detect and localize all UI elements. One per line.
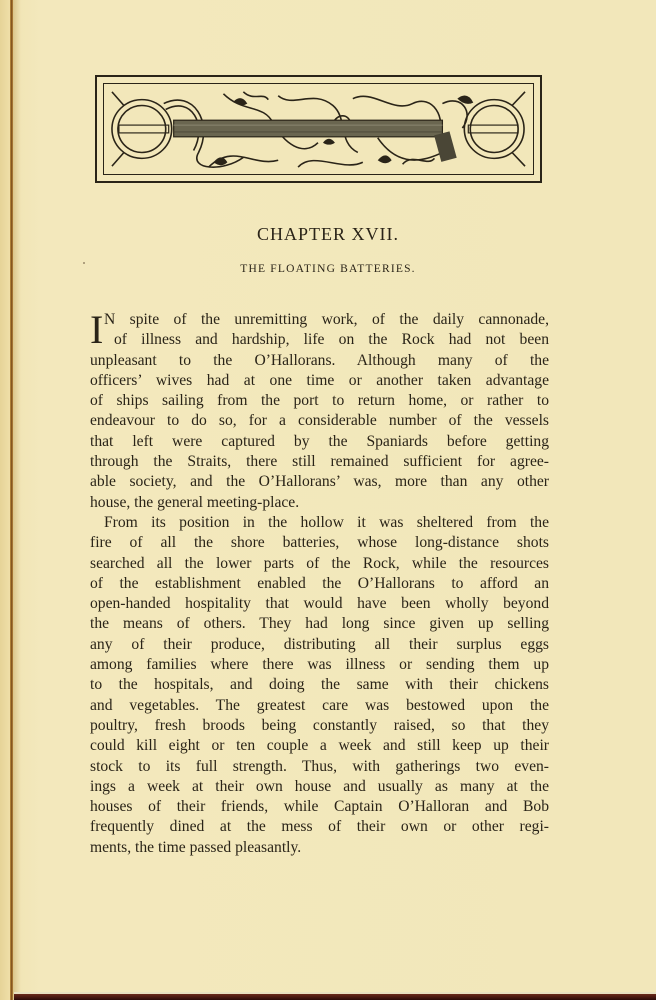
text-line: through the Straits, there still remaine… [90,452,549,472]
text-line: of illness and hardship, life on the Roc… [90,330,549,350]
text-line: among families where there was illness o… [90,655,549,675]
drop-cap: I [90,312,103,348]
text-line: frequently dined at the mess of their ow… [90,817,549,837]
text-line: stock to its full strength. Thus, with g… [90,757,549,777]
ornamental-vine-banner-icon [103,83,534,175]
text-line: houses of their friends, while Captain O… [90,797,549,817]
body-text: I N spite of the unremitting work, of th… [90,302,549,858]
text-line: house, the general meeting-place. [90,493,549,513]
text-line: ings a week at their own house and usual… [90,777,549,797]
text-line: open-handed hospitality that would have … [90,594,549,614]
text-line: unpleasant to the O’Hallorans. Although … [90,351,549,371]
page-bottom-edge [14,994,656,1000]
text-line-content: N spite of the unremitting work, of the … [104,311,549,328]
book-page: CHAPTER XVII. THE FLOATING BATTERIES. I … [0,0,656,1000]
text-line: to the hospitals, and doing the same wit… [90,675,549,695]
text-line: the means of others. They had long since… [90,614,549,634]
text-line: searched all the lower parts of the Rock… [90,554,549,574]
binding-margin [0,0,10,1000]
text-line: any of their produce, distributing all t… [90,635,549,655]
chapter-subtitle: THE FLOATING BATTERIES. [0,263,656,275]
text-line: that left were captured by the Spaniards… [90,432,549,452]
chapter-title: CHAPTER XVII. [0,224,656,245]
text-line: could kill eight or ten couple a week an… [90,736,549,756]
text-line: From its position in the hollow it was s… [90,513,549,533]
text-line: fire of all the shore batteries, whose l… [90,533,549,553]
text-line: endeavour to do so, for a considerable n… [90,411,549,431]
text-line: ments, the time passed pleasantly. [90,838,549,858]
ornamental-headpiece [95,75,542,183]
text-line: I N spite of the unremitting work, of th… [90,310,549,330]
text-line: of the establishment enabled the O’Hallo… [90,574,549,594]
text-line: poultry, fresh broods being constantly r… [90,716,549,736]
text-line: able society, and the O’Hallorans’ was, … [90,472,549,492]
ornament-svg [104,84,533,174]
text-line: officers’ wives had at one time or anoth… [90,371,549,391]
text-line: of ships sailing from the port to return… [90,391,549,411]
binding-shadow [13,0,21,1000]
text-line: and vegetables. The greatest care was be… [90,696,549,716]
